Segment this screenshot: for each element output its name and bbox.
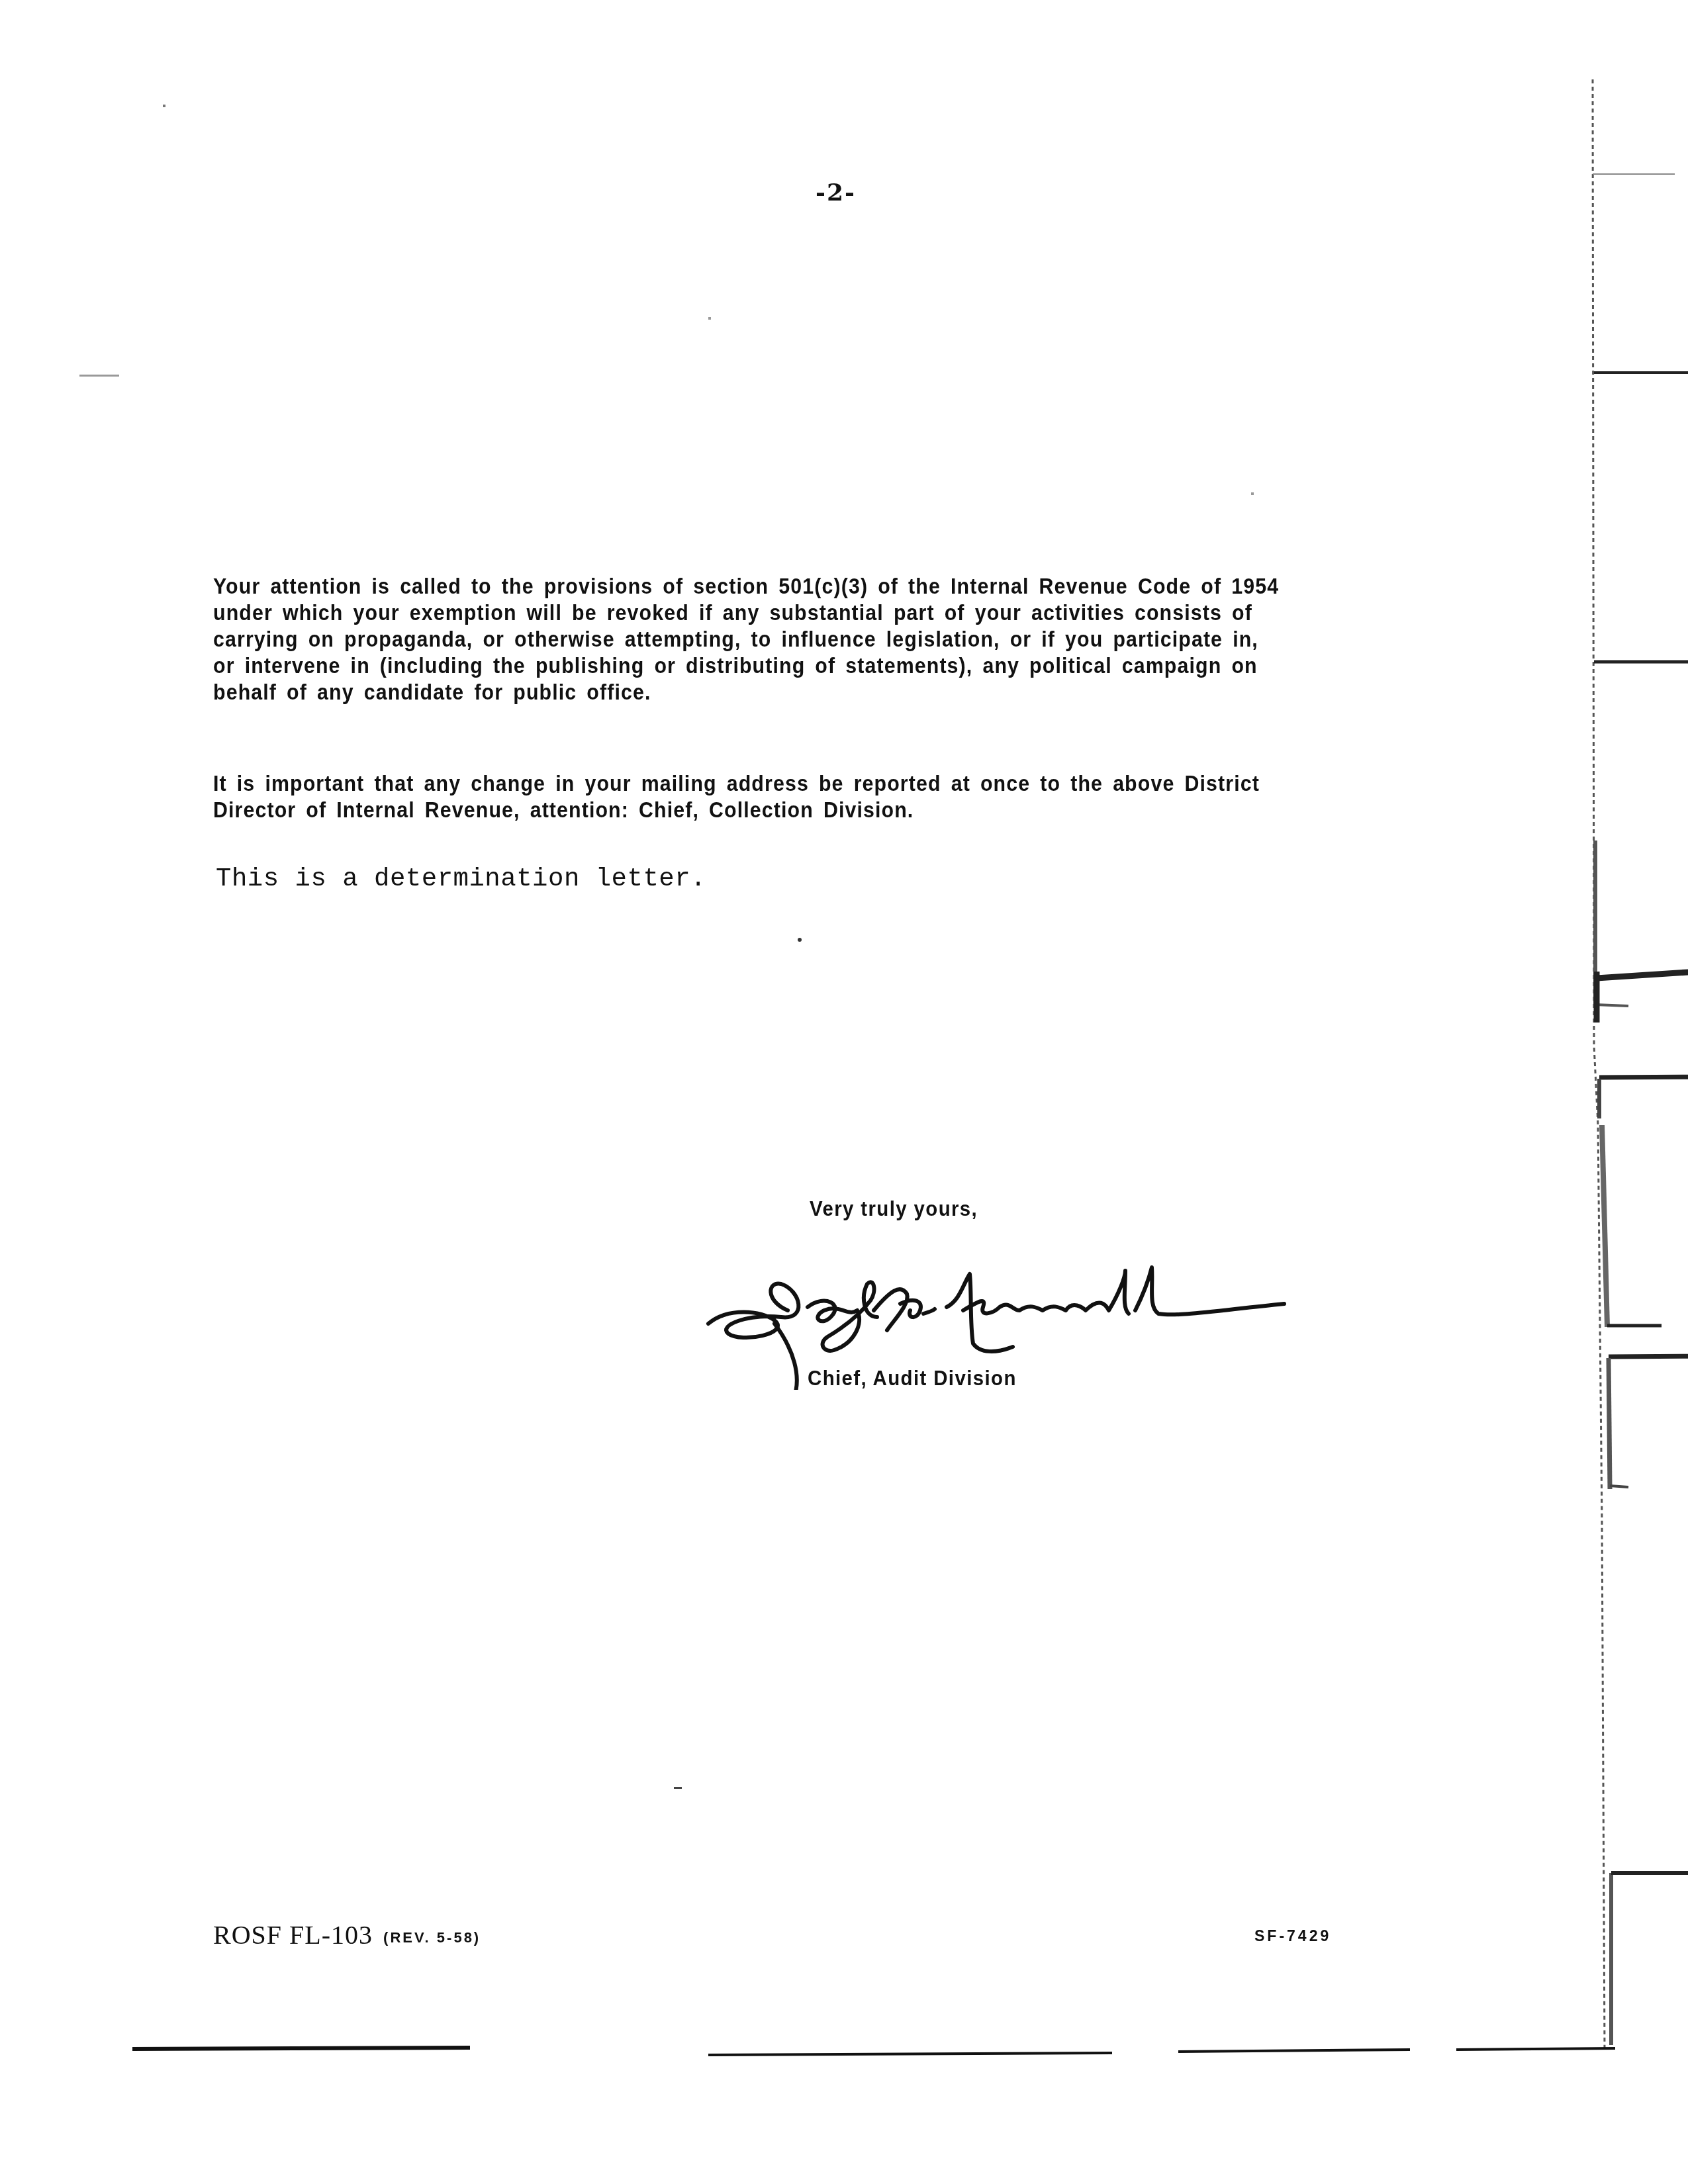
typed-determination-note: This is a determination letter. [216,864,706,893]
page-number: -2- [816,179,856,206]
form-revision: (REV. 5-58) [383,1929,481,1946]
paragraph-line: Your attention is called to the provisio… [213,573,1321,600]
scan-edge-right [1589,0,1688,2184]
paragraph-address-change: It is important that any change in your … [213,770,1321,823]
paragraph-line: carrying on propaganda, or otherwise att… [213,626,1321,653]
scan-speck [79,375,119,377]
scan-speck [708,317,711,320]
paragraph-line: under which your exemption will be revok… [213,600,1321,626]
scan-speck [1251,492,1254,495]
form-identifier: ROSF FL-103(REV. 5-58) [213,1919,481,1950]
paragraph-line: It is important that any change in your … [213,770,1321,797]
scan-speck [163,105,165,107]
signer-title: Chief, Audit Division [808,1366,1017,1390]
paragraph-line: or intervene in (including the publishin… [213,653,1321,679]
closing-salutation: Very truly yours, [810,1197,978,1221]
paragraph-line: behalf of any candidate for public offic… [213,679,1321,705]
scan-speck [798,938,802,942]
paragraph-exemption-notice: Your attention is called to the provisio… [213,573,1321,705]
paragraph-line: Director of Internal Revenue, attention:… [213,797,1321,823]
scan-speck [674,1787,682,1789]
scan-edge-bottom [0,2038,1688,2065]
form-number: ROSF FL-103 [213,1920,373,1950]
letter-page: -2- Your attention is called to the prov… [0,0,1688,2184]
form-code: SF-7429 [1254,1927,1331,1945]
